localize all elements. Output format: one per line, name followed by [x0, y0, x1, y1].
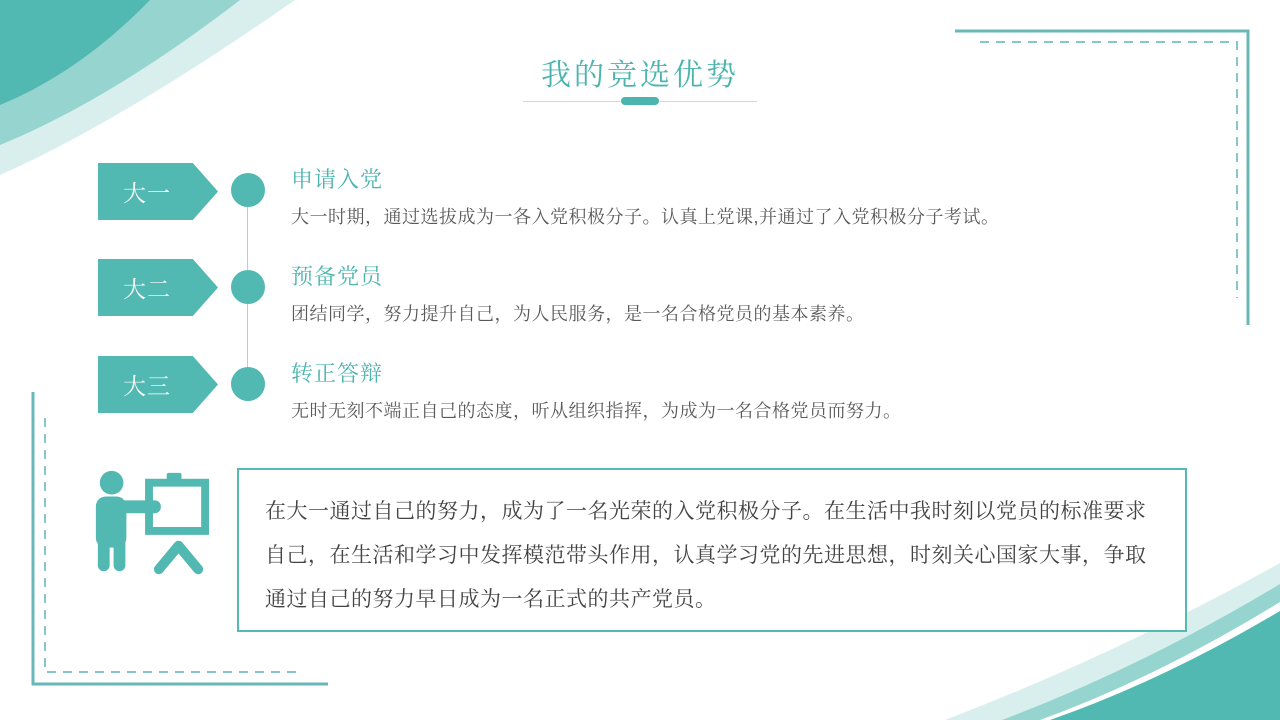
timeline-description: 大一时期，通过选拔成为一各入党积极分子。认真上党课,并通过了入党积极分子考试。 — [291, 203, 1000, 229]
timeline-badge-year1: 大一 — [98, 163, 218, 220]
timeline-badge-year3: 大三 — [98, 356, 218, 413]
timeline-dot — [231, 173, 265, 207]
timeline-dot — [231, 367, 265, 401]
timeline-heading: 转正答辩 — [291, 357, 383, 388]
presentation-slide: 我的竞选优势 大一 申请入党 大一时期，通过选拔成为一各入党积极分子。认真上党课… — [0, 0, 1280, 720]
summary-text: 在大一通过自己的努力，成为了一名光荣的入党积极分子。在生活中我时刻以党员的标准要… — [265, 500, 1147, 611]
timeline-badge-year2: 大二 — [98, 259, 218, 316]
timeline-description: 团结同学，努力提升自己，为人民服务，是一名合格党员的基本素养。 — [291, 300, 865, 326]
title-divider — [523, 101, 757, 102]
timeline-badge-label: 大三 — [123, 368, 171, 401]
timeline-heading: 申请入党 — [291, 163, 383, 194]
title-divider-pill — [621, 97, 659, 105]
timeline-badge-label: 大一 — [123, 175, 171, 208]
slide-title: 我的竞选优势 — [0, 50, 1280, 94]
timeline-heading: 预备党员 — [291, 260, 383, 291]
presenter-icon — [88, 468, 212, 586]
timeline-description: 无时无刻不端正自己的态度，听从组织指挥，为成为一名合格党员而努力。 — [291, 397, 902, 423]
summary-box: 在大一通过自己的努力，成为了一名光荣的入党积极分子。在生活中我时刻以党员的标准要… — [237, 468, 1187, 632]
timeline-badge-label: 大二 — [123, 271, 171, 304]
timeline-dot — [231, 270, 265, 304]
